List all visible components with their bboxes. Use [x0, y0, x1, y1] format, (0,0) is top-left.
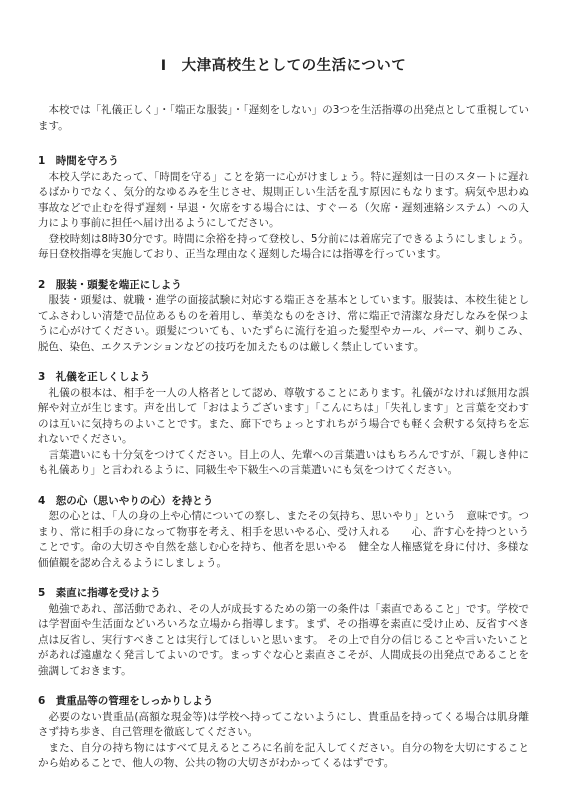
section-accept-guidance: 5 素直に指導を受けよう 勉強であれ、部活動であれ、その人が成長するための第一の… [38, 586, 529, 679]
section-heading: 6 貴重品等の管理をしっかりしよう [38, 694, 529, 710]
paragraph: 恕の心とは、「人の身の上や心情についての察し、またその気持ち、思いやり」という … [38, 509, 529, 571]
section-courtesy: 3 礼儀を正しくしよう 礼儀の根本は、相手を一人の人格者として認め、尊敬すること… [38, 370, 529, 479]
page-title: Ⅰ 大津高校生としての生活について [38, 54, 529, 75]
section-time: 1 時間を守ろう 本校入学にあたって、「時間を守る」ことを第一に心がけましょう。… [38, 154, 529, 263]
section-heading: 3 礼儀を正しくしよう [38, 370, 529, 386]
section-heading: 2 服装・頭髪を端正にしよう [38, 278, 529, 294]
section-dress-hair: 2 服装・頭髪を端正にしよう 服装・頭髪は、就職・進学の面接試験に対応する端正さ… [38, 278, 529, 356]
paragraph: 本校入学にあたって、「時間を守る」ことを第一に心がけましょう。特に遅刻は一日のス… [38, 170, 529, 232]
section-heading: 4 恕の心（思いやりの心）を持とう [38, 494, 529, 510]
document-page: Ⅰ 大津高校生としての生活について 本校では「礼儀正しく」・「端正な服装」・「遅… [0, 0, 566, 800]
paragraph: また、自分の持ち物にはすべて見えるところに名前を記入してください。自分の物を大切… [38, 741, 529, 772]
section-compassion: 4 恕の心（思いやりの心）を持とう 恕の心とは、「人の身の上や心情についての察し… [38, 494, 529, 572]
intro-paragraph: 本校では「礼儀正しく」・「端正な服装」・「遅刻をしない」の3つを生活指導の出発点… [38, 103, 529, 134]
paragraph: 勉強であれ、部活動であれ、その人が成長するための第一の条件は「素直であること」で… [38, 602, 529, 680]
paragraph: 言葉遣いにも十分気をつけてください。目上の人、先輩への言葉遣いはもちろんですが、… [38, 448, 529, 479]
section-heading: 5 素直に指導を受けよう [38, 586, 529, 602]
paragraph: 登校時刻は8時30分です。時間に余裕を持って登校し、5分前には着席完了できるよう… [38, 232, 529, 263]
paragraph: 礼儀の根本は、相手を一人の人格者として認め、尊敬することにあります。礼儀がなけれ… [38, 386, 529, 448]
paragraph: 必要のない貴重品(高額な現金等)は学校へ持ってこないようにし、貴重品を持ってくる… [38, 710, 529, 741]
section-heading: 1 時間を守ろう [38, 154, 529, 170]
paragraph: 服装・頭髪は、就職・進学の面接試験に対応する端正さを基本としています。服装は、本… [38, 293, 529, 355]
section-valuables: 6 貴重品等の管理をしっかりしよう 必要のない貴重品(高額な現金等)は学校へ持っ… [38, 694, 529, 772]
